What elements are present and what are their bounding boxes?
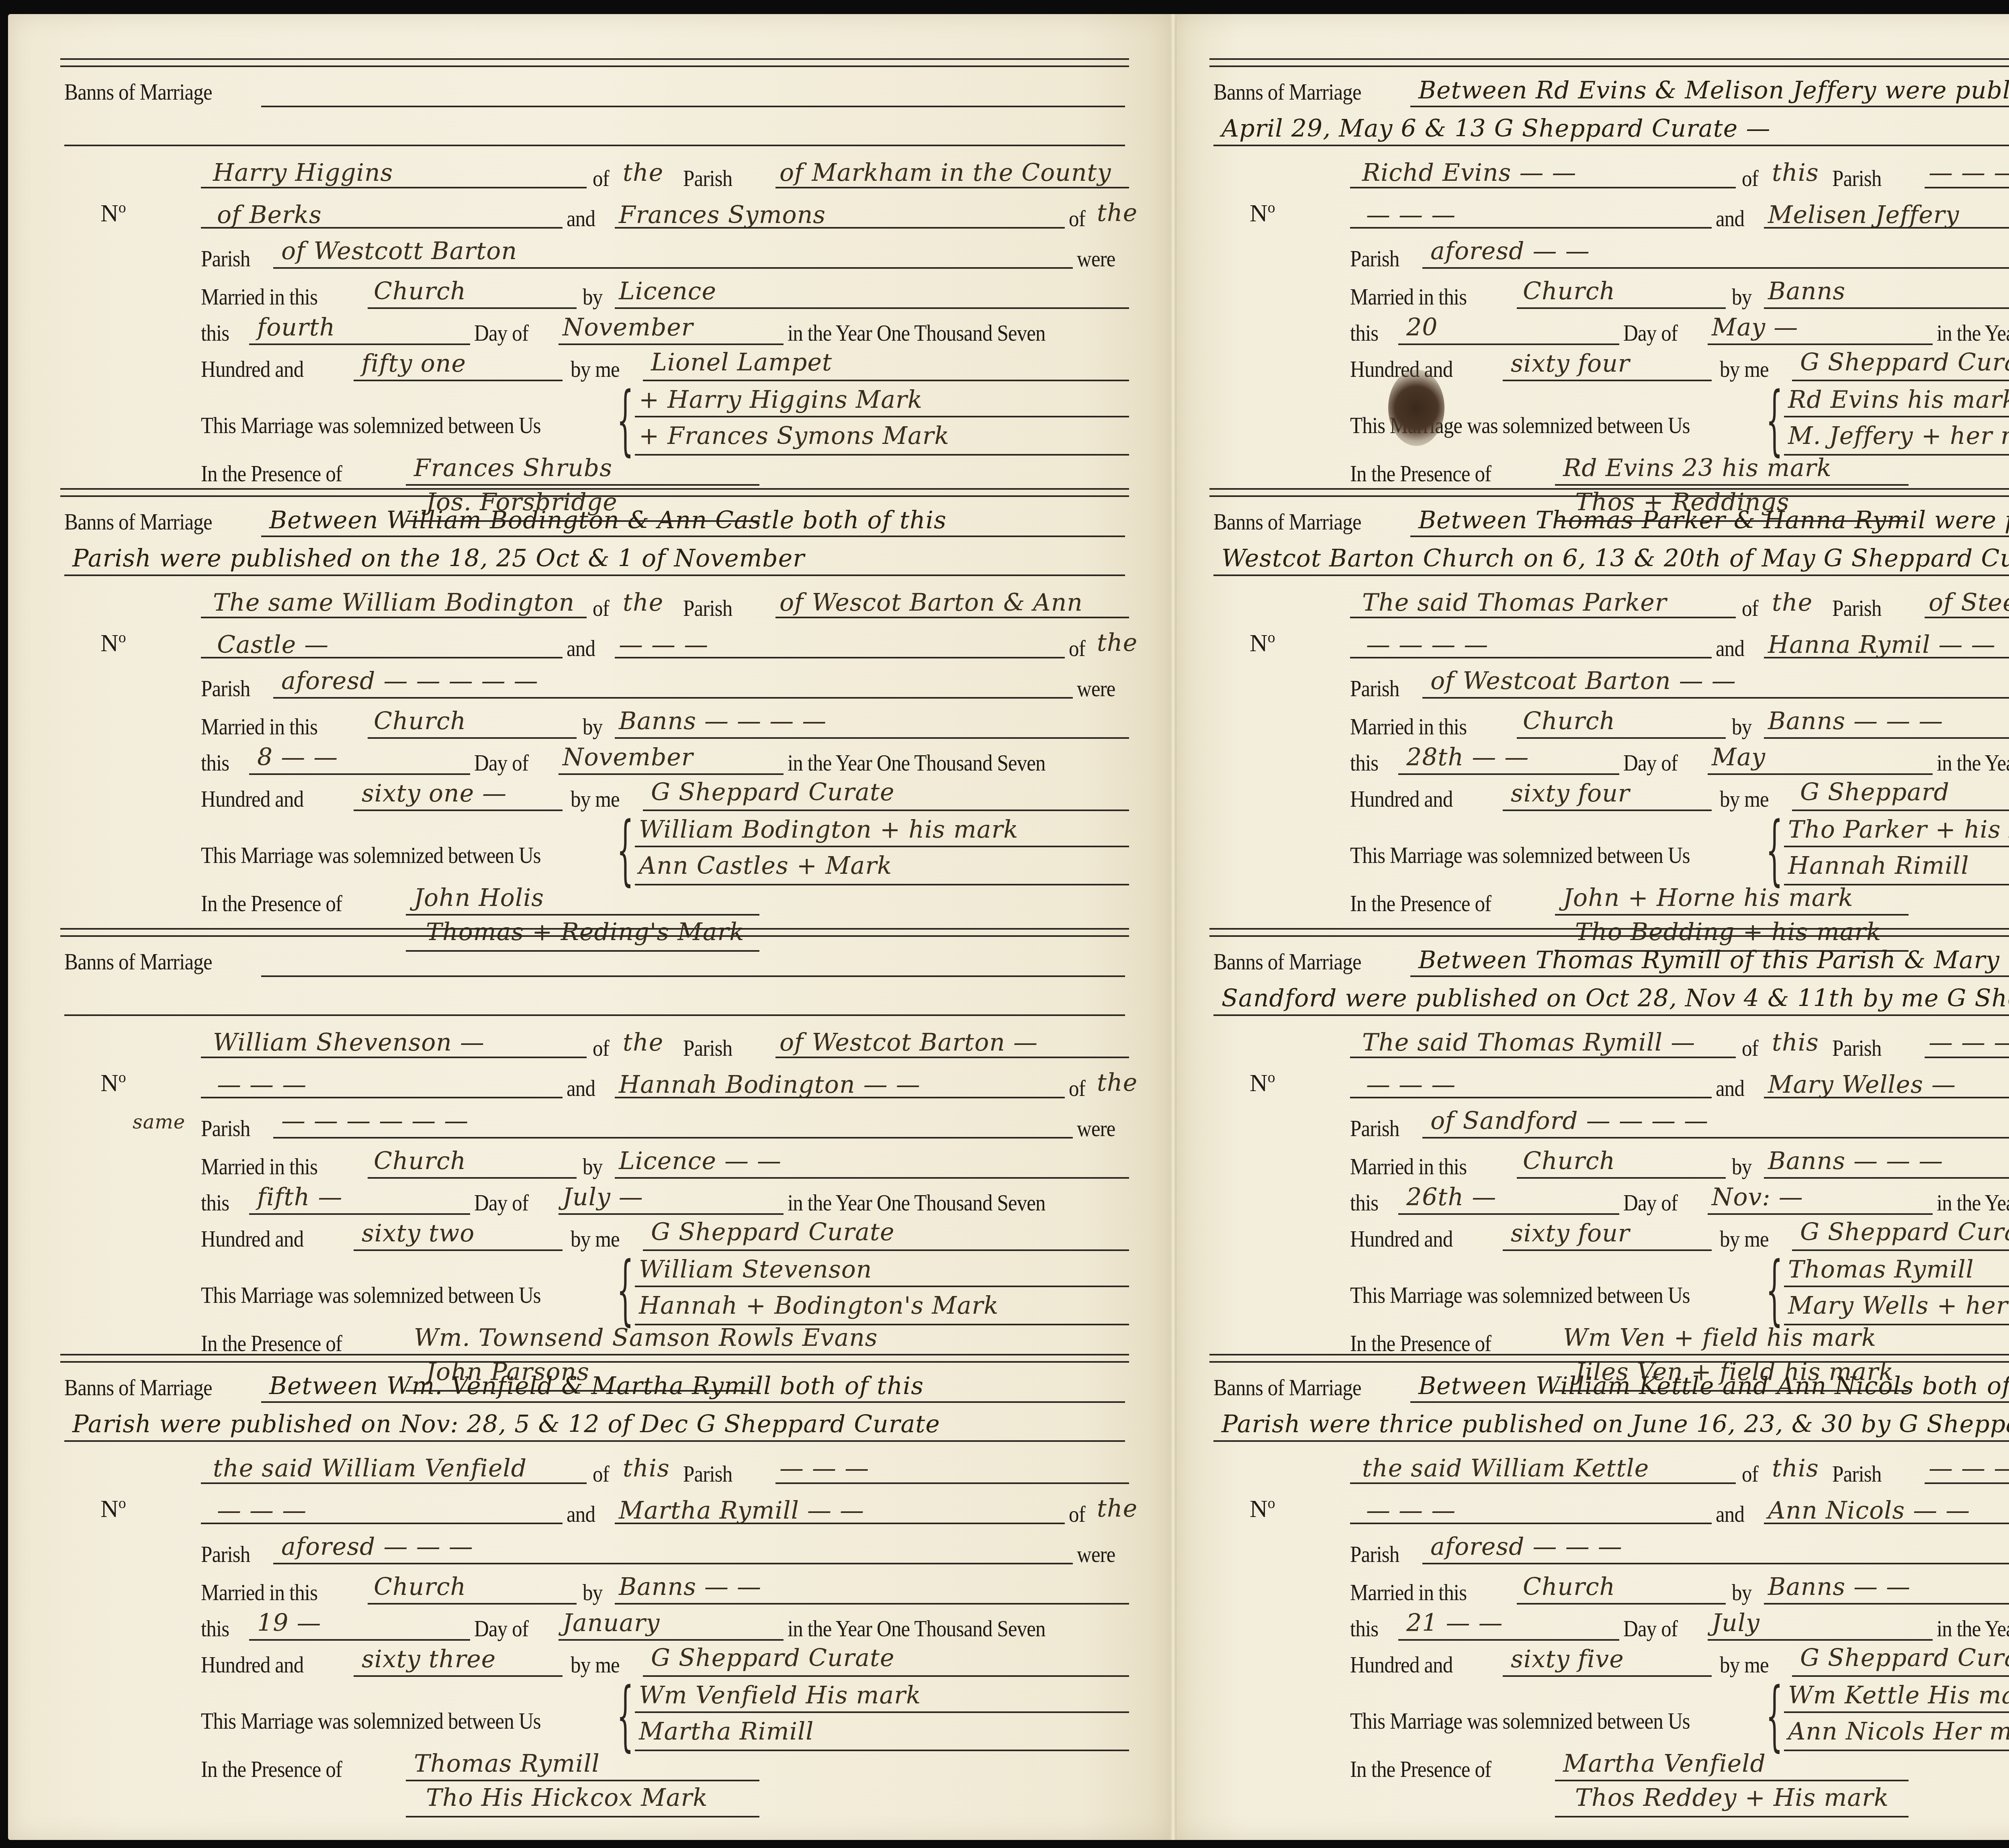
form-rule xyxy=(1555,914,1909,916)
by-label: by xyxy=(1732,713,1751,740)
marriage-day: 20 xyxy=(1406,313,1438,341)
form-rule xyxy=(1503,810,1712,811)
form-rule xyxy=(273,697,1073,699)
married-in-label: Married in this xyxy=(201,1579,317,1606)
number-superscript: o xyxy=(1268,199,1275,216)
marriage-year: sixty two xyxy=(362,1219,475,1247)
entry-separator xyxy=(1209,488,2009,497)
marriage-month: May — xyxy=(1712,313,1798,341)
marriage-month: July xyxy=(1712,1609,1760,1637)
bride-parish: — — — — — — xyxy=(281,1107,468,1135)
signature-2: Hannah Rimill xyxy=(1788,852,1969,880)
this-label: this xyxy=(1350,1615,1378,1642)
form-rule xyxy=(635,416,1129,417)
parish-label-2: Parish xyxy=(201,1115,250,1142)
marriage-day: 26th — xyxy=(1406,1183,1496,1211)
witness-1: John Holis xyxy=(414,884,544,912)
parish-label-2: Parish xyxy=(1350,245,1399,272)
form-rule xyxy=(615,227,1065,229)
form-rule xyxy=(1398,1213,1619,1215)
number-text: N xyxy=(1250,200,1268,227)
form-rule xyxy=(354,1249,563,1251)
married-in-label: Married in this xyxy=(201,1153,317,1180)
marriage-place: Church xyxy=(1523,1147,1615,1175)
witness-2: Tho His Hickcox Mark xyxy=(426,1784,708,1812)
by-me-label: by me xyxy=(571,356,620,382)
marriage-day: fifth — xyxy=(257,1183,342,1211)
hundred-and-label: Hundred and xyxy=(1350,785,1453,812)
parish-label-2: Parish xyxy=(1350,675,1399,702)
were-label: were xyxy=(1077,675,1115,702)
form-rule xyxy=(1398,773,1619,775)
married-in-label: Married in this xyxy=(1350,1579,1467,1606)
banns-text-line1: Between Thomas Rymill of this Parish & M… xyxy=(1418,946,2009,974)
signature-1: Wm Venfield His mark xyxy=(639,1681,921,1709)
signature-2: Ann Castles + Mark xyxy=(639,852,892,880)
groom-parish-prefix: this xyxy=(1772,159,1819,187)
signature-1: William Bodington + his mark xyxy=(639,816,1019,844)
entry-number-label: No xyxy=(100,199,126,228)
banns-text-line2: Sandford were published on Oct 28, Nov 4… xyxy=(1221,984,2009,1012)
parish-label-2: Parish xyxy=(1350,1541,1399,1568)
parish-label: Parish xyxy=(683,595,732,621)
form-rule xyxy=(615,737,1129,739)
number-text: N xyxy=(1250,630,1268,657)
banns-text-line1: Between Wm. Venfield & Martha Rymill bot… xyxy=(269,1372,924,1400)
banns-label: Banns of Marriage xyxy=(1213,508,1361,535)
form-rule xyxy=(1555,484,1909,486)
bride-parish: of Westcott Barton xyxy=(281,237,517,265)
number-superscript: o xyxy=(119,1495,126,1512)
bride-parish: aforesd — — — — — xyxy=(281,667,538,695)
witness-1: Rd Evins 23 his mark xyxy=(1563,454,1832,482)
number-superscript: o xyxy=(119,199,126,216)
year-phrase-label: in the Year One Thousand Seven xyxy=(788,319,1045,346)
bride-parish: aforesd — — — xyxy=(281,1533,473,1561)
marriage-place: Church xyxy=(374,707,466,735)
form-rule xyxy=(1503,1675,1712,1677)
signature-brace: { xyxy=(617,382,634,458)
presence-label: In the Presence of xyxy=(1350,1330,1491,1357)
year-phrase-label: in the Year One Thousand Seven xyxy=(1937,1189,2009,1216)
and-label: and xyxy=(1716,1075,1744,1102)
presence-label: In the Presence of xyxy=(1350,460,1491,487)
groom-parish-prefix: the xyxy=(623,159,663,187)
banns-text-line1: Between Thomas Parker & Hanna Rymil were… xyxy=(1418,506,2009,534)
bride-of: the xyxy=(1097,1494,1137,1523)
married-in-label: Married in this xyxy=(1350,283,1467,310)
bride-name: — — — xyxy=(619,631,708,659)
entry-separator xyxy=(1209,58,2009,67)
by-me-label: by me xyxy=(571,1225,620,1252)
form-rule xyxy=(1792,1675,2009,1677)
bride-parish: of Westcoat Barton — — xyxy=(1430,667,1736,695)
parish-label: Parish xyxy=(1832,1460,1881,1487)
parish-label: Parish xyxy=(1832,165,1881,192)
this-label: this xyxy=(1350,319,1378,346)
signature-brace: { xyxy=(617,1677,634,1754)
form-rule xyxy=(643,1249,1129,1251)
of-label: of xyxy=(593,1460,609,1487)
form-rule xyxy=(775,1057,1129,1058)
day-of-label: Day of xyxy=(474,319,528,346)
form-rule xyxy=(1517,737,1726,739)
bride-parish: aforesd — — xyxy=(1430,237,1590,265)
groom-parish: — — — xyxy=(779,1454,869,1482)
form-rule xyxy=(643,1675,1129,1677)
and-label: and xyxy=(1716,635,1744,662)
bride-parish: of Sandford — — — — xyxy=(1430,1107,1708,1135)
groom-parish-continued: of Berks xyxy=(217,201,322,229)
form-rule xyxy=(64,1440,1125,1442)
of-label: of xyxy=(1742,165,1758,192)
form-rule xyxy=(1422,267,2009,269)
form-rule xyxy=(1350,617,1736,618)
witness-1: Thomas Rymill xyxy=(414,1750,600,1778)
parish-prefix: same xyxy=(133,1111,185,1133)
number-text: N xyxy=(100,1495,119,1523)
form-rule xyxy=(1410,975,2009,977)
form-rule xyxy=(559,773,784,775)
form-rule xyxy=(368,307,577,309)
hundred-and-label: Hundred and xyxy=(1350,1651,1453,1678)
form-rule xyxy=(1350,1057,1736,1058)
married-in-label: Married in this xyxy=(201,713,317,740)
signature-2: Hannah + Bodington's Mark xyxy=(639,1292,999,1320)
bride-name: Martha Rymill — — xyxy=(619,1496,864,1525)
form-rule xyxy=(1764,1177,2009,1179)
form-rule xyxy=(775,1482,1129,1484)
form-rule xyxy=(1708,773,1933,775)
number-text: N xyxy=(1250,1069,1268,1097)
banns-label: Banns of Marriage xyxy=(1213,1374,1361,1401)
form-rule xyxy=(635,1711,1129,1713)
marriage-year: sixty one — xyxy=(362,779,507,807)
of-label: of xyxy=(1742,595,1758,621)
signature-2: Mary Wells + her mark xyxy=(1788,1292,2009,1320)
hundred-and-label: Hundred and xyxy=(201,356,303,382)
marriage-month: Nov: — xyxy=(1712,1183,1803,1211)
marriage-by: Banns — — xyxy=(1768,1573,1911,1601)
form-rule xyxy=(643,380,1129,381)
form-rule xyxy=(643,810,1129,811)
day-of-label: Day of xyxy=(474,1189,528,1216)
form-rule xyxy=(249,343,470,345)
banns-label: Banns of Marriage xyxy=(64,508,212,535)
groom-parish-prefix: this xyxy=(623,1454,670,1482)
day-of-label: Day of xyxy=(474,1615,528,1642)
presence-label: In the Presence of xyxy=(201,1756,342,1783)
form-rule xyxy=(64,1014,1125,1016)
this-label: this xyxy=(201,749,229,776)
groom-parish: of Wescot Barton & Ann xyxy=(779,589,1083,617)
solemnized-label: This Marriage was solemnized between Us xyxy=(1350,1282,1690,1308)
number-superscript: o xyxy=(119,629,126,646)
form-rule xyxy=(261,975,1125,977)
banns-text-line2: April 29, May 6 & 13 G Sheppard Curate — xyxy=(1221,114,1770,143)
signature-1: Wm Kettle His mark xyxy=(1788,1681,2009,1709)
entry-number-label: No xyxy=(100,629,126,658)
witness-1: Wm Ven + field his mark xyxy=(1563,1324,1876,1352)
signature-brace: { xyxy=(1766,812,1783,888)
by-label: by xyxy=(1732,1579,1751,1606)
groom-parish: of Steeple Barton — xyxy=(1929,589,2009,617)
form-rule xyxy=(635,884,1129,885)
groom-parish-continued: — — — xyxy=(1366,1496,1456,1525)
banns-label: Banns of Marriage xyxy=(1213,78,1361,105)
form-rule xyxy=(406,1816,759,1817)
form-rule xyxy=(775,187,1129,188)
signature-2: Ann Nicols Her mark xyxy=(1788,1717,2009,1746)
form-rule xyxy=(1792,380,2009,381)
form-rule xyxy=(1925,617,2009,618)
signature-brace: { xyxy=(1766,1251,1783,1328)
by-label: by xyxy=(1732,1153,1751,1180)
groom-parish-continued: — — — xyxy=(1366,201,1456,229)
signature-1: Thomas Rymill xyxy=(1788,1255,1974,1284)
banns-text-line2: Parish were published on the 18, 25 Oct … xyxy=(72,544,805,572)
form-rule xyxy=(1398,343,1619,345)
form-rule xyxy=(354,810,563,811)
banns-text-line1: Between Rd Evins & Melison Jeffery were … xyxy=(1418,76,2009,104)
marriage-by: Licence xyxy=(619,277,716,305)
form-rule xyxy=(1784,846,2009,847)
form-rule xyxy=(1764,227,2009,229)
form-rule xyxy=(201,187,587,188)
form-rule xyxy=(1784,1286,2009,1287)
form-rule xyxy=(635,846,1129,847)
groom-name: the said William Kettle xyxy=(1362,1454,1649,1482)
form-rule xyxy=(406,950,759,952)
form-rule xyxy=(201,657,563,658)
signature-2: M. Jeffery + her mark xyxy=(1788,422,2009,450)
were-label: were xyxy=(1077,1115,1115,1142)
form-rule xyxy=(615,1177,1129,1179)
of-label: of xyxy=(593,595,609,621)
banns-label: Banns of Marriage xyxy=(64,1374,212,1401)
form-rule xyxy=(261,106,1125,107)
marriage-month: July — xyxy=(563,1183,643,1211)
groom-parish: of Markham in the County xyxy=(779,159,1111,187)
number-text: N xyxy=(100,200,119,227)
marriage-day: 21 — — xyxy=(1406,1609,1503,1637)
this-label: this xyxy=(201,1615,229,1642)
groom-parish-continued: — — — — xyxy=(1366,631,1488,659)
entry-separator xyxy=(60,488,1129,497)
were-label: were xyxy=(1077,245,1115,272)
form-rule xyxy=(1792,1249,2009,1251)
form-rule xyxy=(1422,1137,2009,1139)
form-rule xyxy=(559,1213,784,1215)
marriage-year: sixty four xyxy=(1511,1219,1630,1247)
solemnized-label: This Marriage was solemnized between Us xyxy=(1350,842,1690,869)
year-phrase-label: in the Year One Thousand Seven xyxy=(788,749,1045,776)
form-rule xyxy=(1764,737,2009,739)
form-rule xyxy=(1555,1816,1909,1817)
form-rule xyxy=(1784,1711,2009,1713)
marriage-year: sixty four xyxy=(1511,779,1630,807)
form-rule xyxy=(201,1057,587,1058)
and-label: and xyxy=(1716,1500,1744,1527)
banns-label: Banns of Marriage xyxy=(1213,948,1361,975)
form-rule xyxy=(368,737,577,739)
bride-parish: aforesd — — — xyxy=(1430,1533,1622,1561)
bride-name: Hanna Rymil — — xyxy=(1768,631,1996,659)
marriage-by: Banns — — xyxy=(619,1573,761,1601)
form-rule xyxy=(273,267,1073,269)
groom-parish: — — — xyxy=(1929,1028,2009,1057)
marriage-place: Church xyxy=(374,1573,466,1601)
groom-name: The said Thomas Rymill — xyxy=(1362,1028,1695,1057)
signature-1: Rd Evins his mark xyxy=(1788,386,2009,414)
solemnized-label: This Marriage was solemnized between Us xyxy=(201,412,541,439)
form-rule xyxy=(615,1097,1065,1098)
form-rule xyxy=(1350,1523,1712,1524)
groom-parish: — — — xyxy=(1929,1454,2009,1482)
entry-number-label: No xyxy=(100,1494,126,1523)
marriage-month: May xyxy=(1712,743,1766,771)
groom-parish-prefix: this xyxy=(1772,1454,1819,1482)
form-rule xyxy=(635,1286,1129,1287)
form-rule xyxy=(1213,1014,2009,1016)
form-rule xyxy=(64,574,1125,576)
of-label-2: of xyxy=(1069,1075,1085,1102)
marriage-day: 19 — xyxy=(257,1609,321,1637)
and-label: and xyxy=(567,205,595,232)
form-rule xyxy=(615,1523,1065,1524)
form-rule xyxy=(1350,187,1736,188)
marriage-year: fifty one xyxy=(362,350,466,378)
bride-name: Hannah Bodington — — xyxy=(619,1071,921,1099)
groom-parish-prefix: the xyxy=(623,1028,663,1057)
day-of-label: Day of xyxy=(1623,319,1678,346)
form-rule xyxy=(1925,187,2009,188)
groom-name: The same William Bodington xyxy=(213,589,575,617)
parish-label: Parish xyxy=(1832,1034,1881,1061)
groom-parish-continued: — — — xyxy=(217,1071,307,1099)
number-superscript: o xyxy=(1268,629,1275,646)
marriage-place: Church xyxy=(1523,707,1615,735)
year-phrase-label: in the Year One Thousand Seven xyxy=(1937,319,2009,346)
of-label-2: of xyxy=(1069,1500,1085,1527)
officiant: G Sheppard Curate xyxy=(1800,348,2009,376)
form-rule xyxy=(1764,1523,2009,1524)
groom-parish-prefix: this xyxy=(1772,1028,1819,1057)
marriage-month: November xyxy=(563,743,694,771)
signature-brace: { xyxy=(1766,382,1783,458)
form-rule xyxy=(1213,574,2009,576)
number-superscript: o xyxy=(1268,1069,1275,1086)
of-label: of xyxy=(593,1034,609,1061)
ink-blot xyxy=(1388,370,1444,446)
by-label: by xyxy=(583,283,602,310)
of-label-2: of xyxy=(1069,635,1085,662)
form-rule xyxy=(1410,536,2009,537)
day-of-label: Day of xyxy=(474,749,528,776)
bride-name: Melisen Jeffery xyxy=(1768,201,1959,229)
marriage-day: 8 — — xyxy=(257,743,338,771)
form-rule xyxy=(406,1780,759,1781)
groom-parish-continued: — — — xyxy=(1366,1071,1456,1099)
of-label: of xyxy=(593,165,609,192)
form-rule xyxy=(1708,1213,1933,1215)
witness-1: Wm. Townsend Samson Rowls Evans xyxy=(414,1324,878,1352)
banns-label: Banns of Marriage xyxy=(64,948,212,975)
year-phrase-label: in the Year One Thousand Seven xyxy=(1937,1615,2009,1642)
marriage-year: sixty three xyxy=(362,1645,496,1673)
entry-separator xyxy=(60,1354,1129,1363)
marriage-year: sixty four xyxy=(1511,350,1630,378)
marriage-by: Banns — — — xyxy=(1768,1147,1943,1175)
of-label: of xyxy=(1742,1034,1758,1061)
number-text: N xyxy=(100,630,119,657)
form-rule xyxy=(1792,810,2009,811)
banns-text-line2: Parish were thrice published on June 16,… xyxy=(1221,1410,2009,1438)
form-rule xyxy=(354,380,563,381)
by-me-label: by me xyxy=(571,785,620,812)
form-rule xyxy=(635,1750,1129,1751)
groom-name: the said William Venfield xyxy=(213,1454,527,1482)
bride-name: Ann Nicols — — xyxy=(1768,1496,1970,1525)
witness-1: Frances Shrubs xyxy=(414,454,612,482)
signature-brace: { xyxy=(617,1251,634,1328)
number-superscript: o xyxy=(1268,1495,1275,1512)
bride-name: Mary Welles — xyxy=(1768,1071,1956,1099)
entry-number-label: No xyxy=(1250,629,1275,658)
form-rule xyxy=(1708,343,1933,345)
marriage-day: 28th — — xyxy=(1406,743,1529,771)
bride-of: the xyxy=(1097,629,1137,657)
entry-number-label: No xyxy=(100,1069,126,1098)
married-in-label: Married in this xyxy=(201,283,317,310)
form-rule xyxy=(635,454,1129,456)
by-label: by xyxy=(583,713,602,740)
form-rule xyxy=(273,1137,1073,1139)
form-rule xyxy=(775,617,1129,618)
this-label: this xyxy=(1350,1189,1378,1216)
form-rule xyxy=(1350,227,1712,229)
form-rule xyxy=(406,484,759,486)
form-rule xyxy=(1764,1603,2009,1605)
form-rule xyxy=(406,914,759,916)
marriage-place: Church xyxy=(1523,1573,1615,1601)
bride-of: the xyxy=(1097,199,1137,227)
this-label: this xyxy=(201,1189,229,1216)
by-me-label: by me xyxy=(1720,356,1769,382)
form-rule xyxy=(1503,1249,1712,1251)
solemnized-label: This Marriage was solemnized between Us xyxy=(1350,1707,1690,1734)
year-phrase-label: in the Year One Thousand Seven xyxy=(1937,749,2009,776)
by-me-label: by me xyxy=(1720,785,1769,812)
witness-1: Martha Venfield xyxy=(1563,1750,1766,1778)
by-me-label: by me xyxy=(1720,1225,1769,1252)
form-rule xyxy=(1503,380,1712,381)
officiant: G Sheppard xyxy=(1800,778,1950,806)
form-rule xyxy=(201,617,587,618)
signature-2: Martha Rimill xyxy=(639,1717,814,1746)
parish-label: Parish xyxy=(683,1034,732,1061)
witness-2: Thos Reddey + His mark xyxy=(1575,1784,1889,1812)
banns-text-line2: Parish were published on Nov: 28, 5 & 12… xyxy=(72,1410,940,1438)
form-rule xyxy=(1784,1750,2009,1751)
form-rule xyxy=(201,1523,563,1524)
officiant: Lionel Lampet xyxy=(651,348,832,376)
groom-parish-continued: Castle — xyxy=(217,631,329,659)
form-rule xyxy=(559,1639,784,1641)
form-rule xyxy=(273,1563,1073,1564)
form-rule xyxy=(1708,1639,1933,1641)
presence-label: In the Presence of xyxy=(1350,1756,1491,1783)
